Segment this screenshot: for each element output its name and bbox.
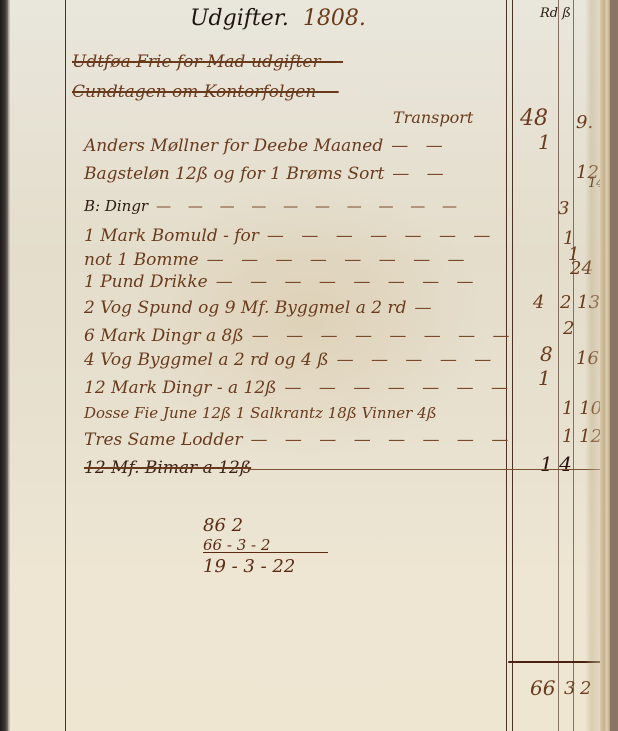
calc-line-1: 86 2	[203, 515, 243, 536]
entry-skilling-12: 1 4	[540, 452, 572, 476]
entry-rd-0: 1	[538, 130, 551, 154]
entry-text-2: B: Dingr— — — — — — — — — —	[84, 197, 463, 215]
struck-line-2: Cundtagen om Kontorfolgen —	[72, 82, 339, 102]
struck-line-1: Udtføa Frie for Mad-udgifter —	[72, 52, 343, 72]
entry-rd-8: 8	[540, 342, 553, 366]
page-title: Udgifter.1808.	[190, 6, 366, 31]
left-margin-rule	[65, 0, 66, 731]
entry-text-8: 4 Vog Byggmel a 2 rd og 4 ß— — — — —	[84, 350, 497, 370]
rd-skilling-rule	[558, 0, 559, 731]
entry-text-10: Dosse Fie June 12ß 1 Salkrantz 18ß Vinne…	[84, 404, 437, 422]
calc-line-3: 19 - 3 - 22	[203, 556, 295, 577]
entry-text-11: Tres Same Lodder— — — — — — — —	[84, 430, 514, 450]
entry-text-3: 1 Mark Bomuld - for— — — — — — —	[84, 226, 496, 246]
transport-label: Transport	[393, 108, 473, 127]
calc-rule	[203, 552, 328, 553]
column-header: Rd ß	[540, 6, 571, 21]
entry-text-4: not 1 Bomme— — — — — — — —	[84, 250, 471, 270]
amount-column-rule-2	[512, 0, 513, 731]
entry-skilling-7: 2	[563, 318, 574, 339]
skilling-rule	[573, 0, 574, 731]
page-edge	[600, 0, 610, 731]
entry-rd-9: 1	[538, 366, 551, 390]
entry-text-0: Anders Møllner for Deebe Maaned— —	[84, 136, 449, 156]
amount-column-rule-1	[506, 0, 507, 731]
entry-rd-6: 4	[533, 292, 544, 313]
entry-text-1: Bagsteløn 12ß og for 1 Brøms Sort— —	[84, 164, 450, 184]
title-year: 1808.	[303, 6, 366, 31]
binding-shadow	[0, 0, 10, 731]
page-fold	[585, 0, 601, 731]
entry-rd-2: 3	[558, 198, 569, 219]
total-skilling: 3	[564, 678, 575, 699]
transport-rd: 48	[520, 106, 548, 131]
entry-text-6: 2 Vog Spund og 9 Mf. Byggmel a 2 rd—	[84, 298, 437, 318]
entry-text-9: 12 Mark Dingr - a 12ß— — — — — — —	[84, 378, 514, 398]
entry-text-7: 6 Mark Dingr a 8ß— — — — — — — —	[84, 326, 516, 346]
closing-rule	[248, 469, 600, 470]
title-text: Udgifter.	[190, 6, 289, 31]
entry-text-5: 1 Pund Drikke— — — — — — — —	[84, 272, 480, 292]
entry-text-12: 12 Mf. Bimar a 12ß	[84, 458, 251, 478]
total-rd: 66	[530, 676, 555, 700]
ledger-page: Udgifter.1808. Rd ß Udtføa Frie for Mad-…	[8, 0, 600, 731]
